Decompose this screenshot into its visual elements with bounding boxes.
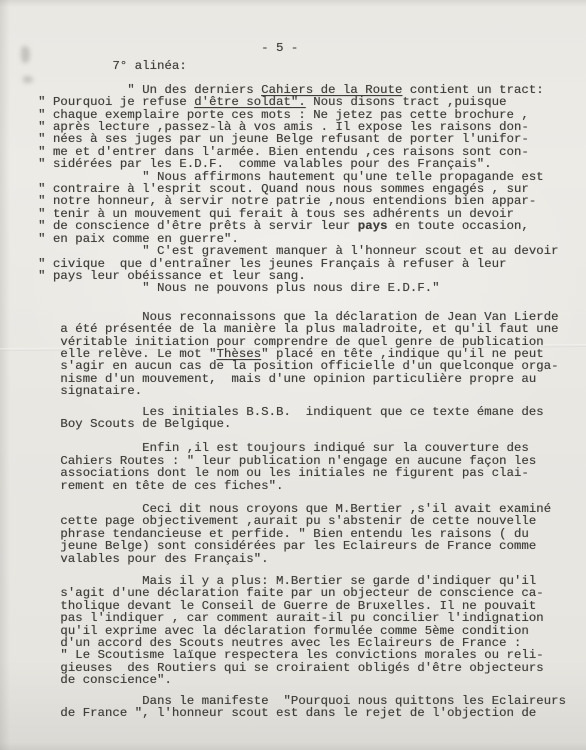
para-van-lierde: Nous reconnaissons que la déclaration de…	[38, 311, 566, 398]
page-edge-shadow	[0, 0, 10, 750]
para-bsb-initials: Les initiales B.S.B. indiquent que ce te…	[38, 406, 566, 431]
text-segment: Nous disons tract ,puisque " chaque exem…	[38, 95, 544, 233]
scanned-page: - 5 - 7° alinéa: " Un des derniers Cahie…	[0, 0, 586, 750]
text-segment: Enfin ,il est toujours indiqué sur la co…	[38, 441, 536, 492]
para-ceci-dit: Ceci dit nous croyons que M.Bertier ,s'i…	[38, 503, 566, 565]
text-segment: - 5 -	[38, 41, 298, 55]
page-number: - 5 -	[38, 42, 566, 54]
section-heading: 7° alinéa:	[38, 60, 566, 72]
para-couverture: Enfin ,il est toujours indiqué sur la co…	[38, 442, 566, 492]
text-segment: 7° alinéa:	[38, 59, 187, 73]
para-manifeste: Dans le manifeste "Pourquoi nous quitton…	[38, 695, 566, 720]
ink-smudge	[23, 76, 33, 83]
tract-quote-block: " Un des derniers Cahiers de la Route co…	[38, 84, 566, 295]
emphasized-text: pays	[358, 219, 388, 233]
text-segment: Ceci dit nous croyons que M.Bertier ,s'i…	[38, 502, 551, 566]
text-segment: Mais il y a plus: M.Bertier se garde d'i…	[38, 574, 544, 687]
text-segment: Dans le manifeste "Pourquoi nous quitton…	[38, 694, 566, 720]
ink-smudge	[21, 46, 30, 63]
para-mais-il-y-a-plus: Mais il y a plus: M.Bertier se garde d'i…	[38, 575, 566, 687]
text-segment: Les initiales B.S.B. indiquent que ce te…	[38, 405, 544, 431]
document-body: - 5 - 7° alinéa: " Un des derniers Cahie…	[38, 42, 566, 720]
